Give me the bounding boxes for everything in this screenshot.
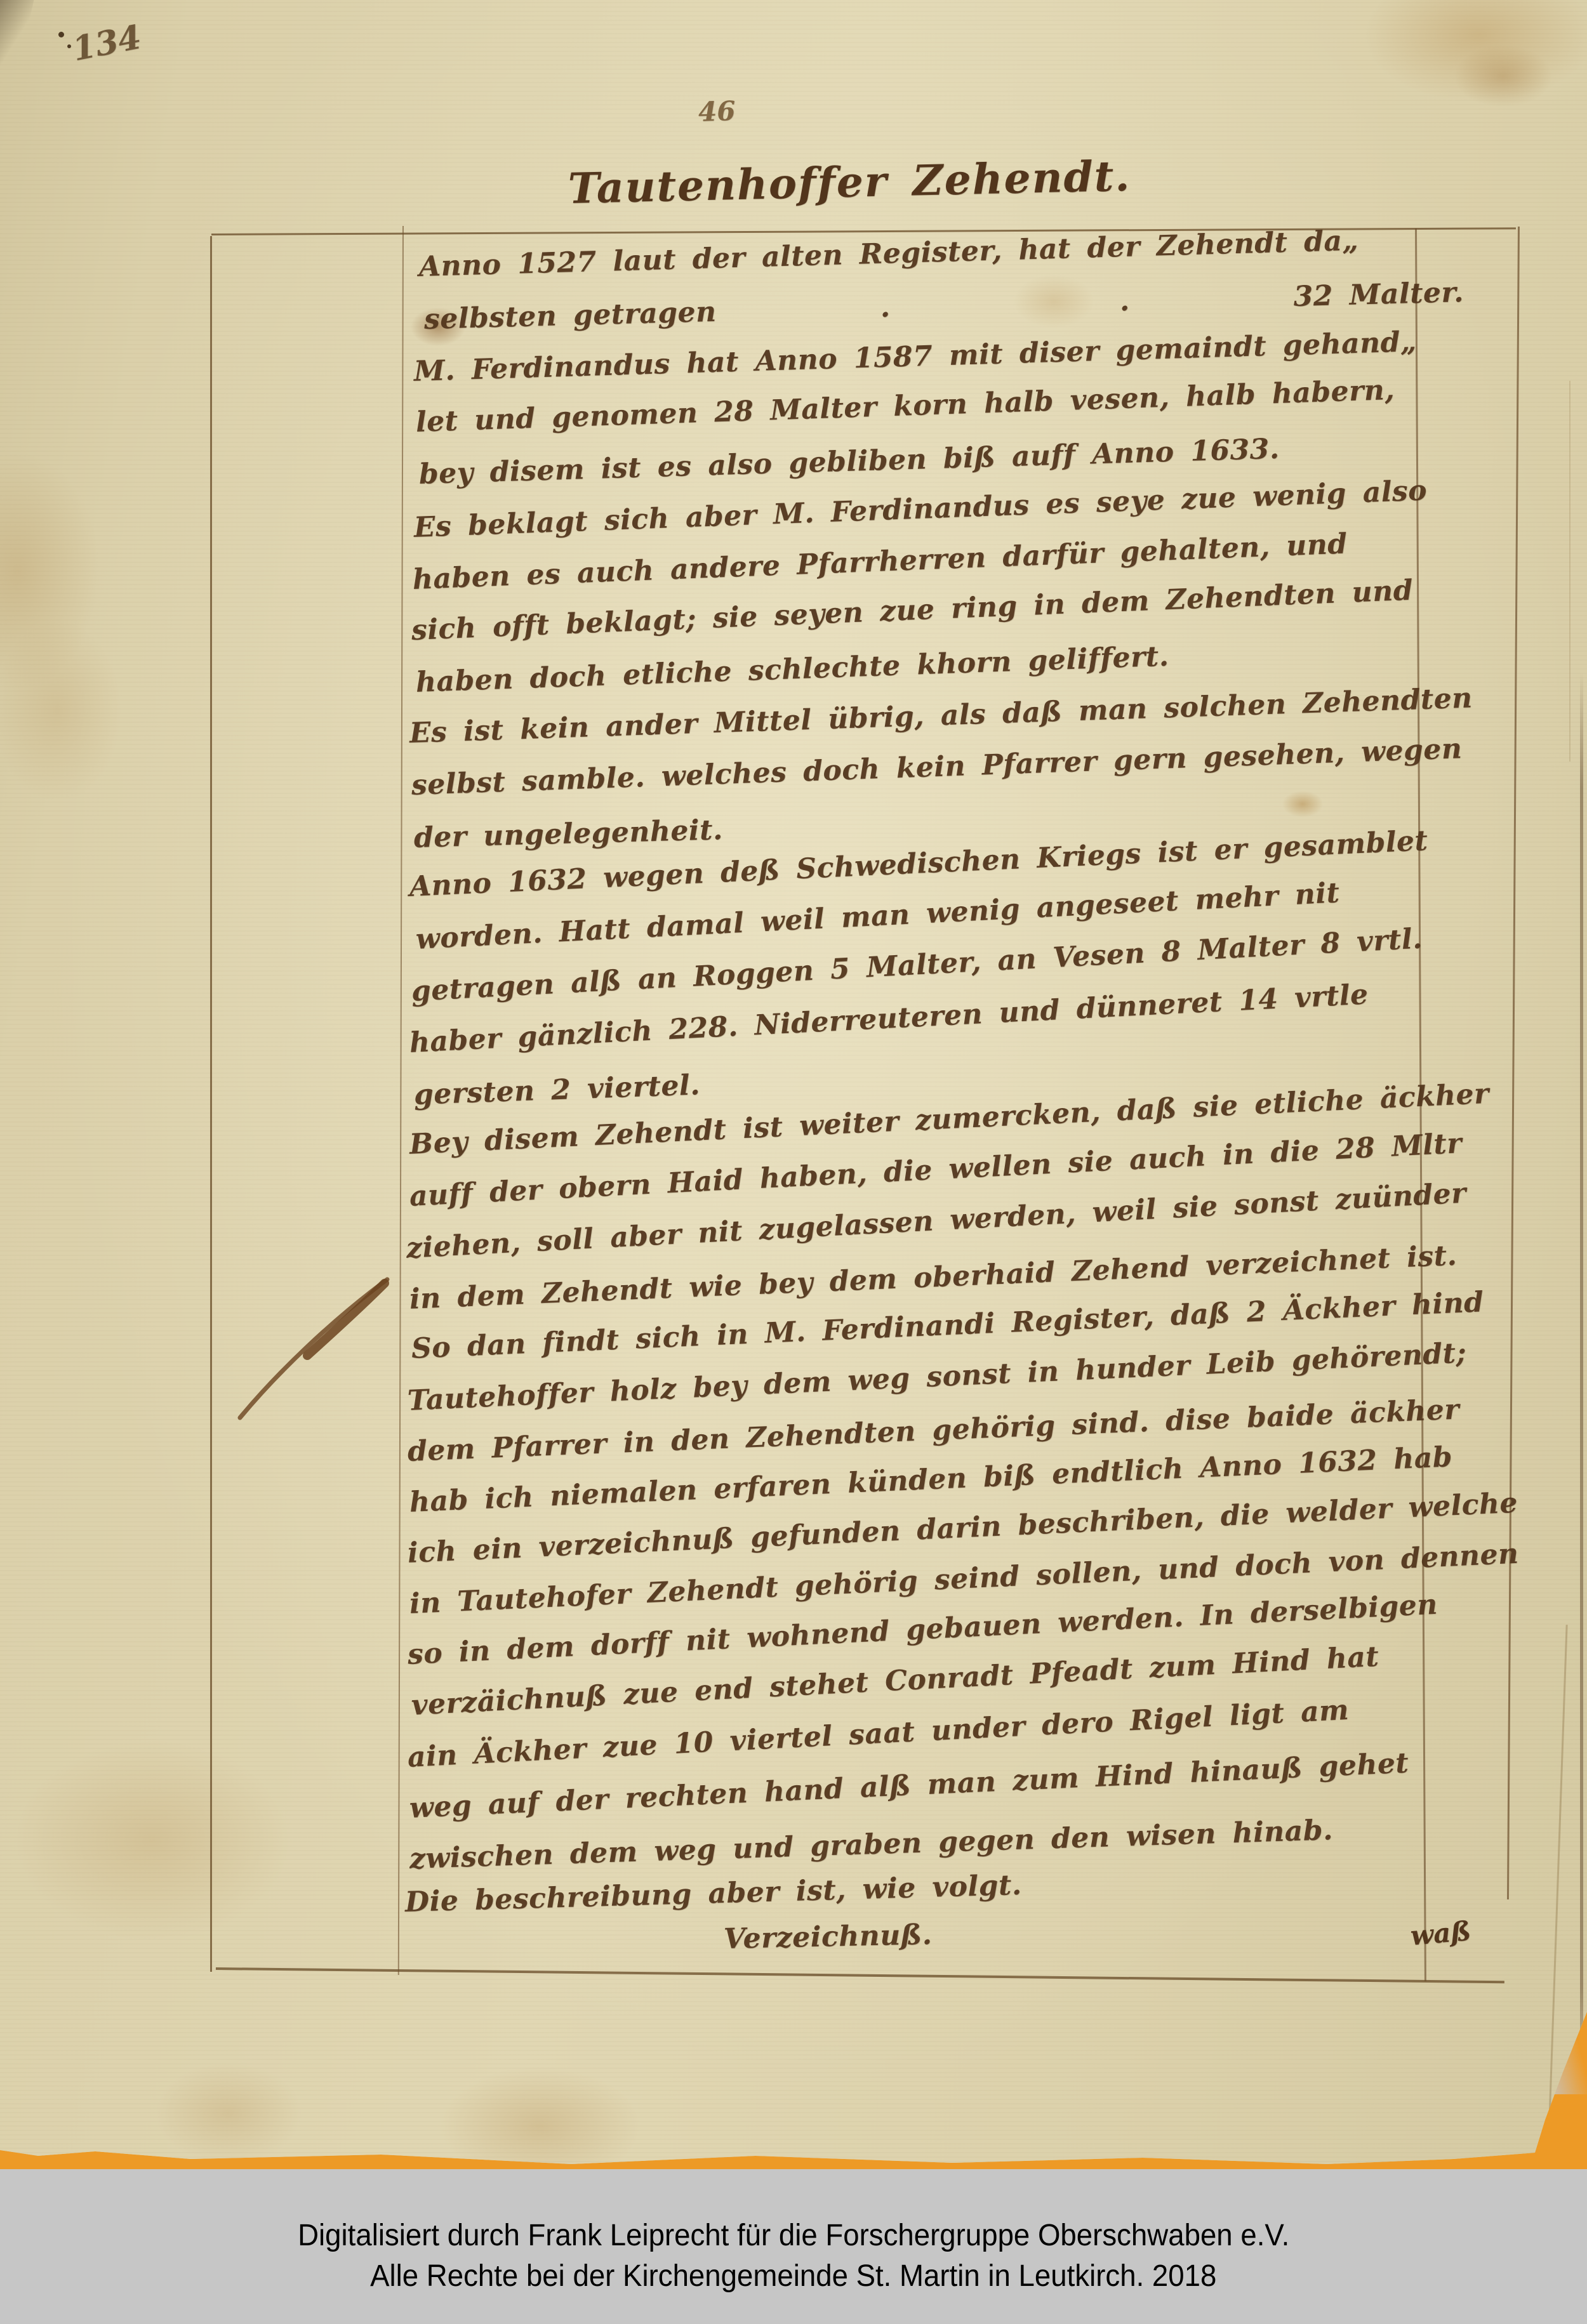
- frame-rule-left-outer: [210, 236, 212, 1972]
- frame-rule-bottom: [216, 1967, 1504, 1983]
- catchword: waß: [1409, 1915, 1472, 1951]
- manuscript-line: Die beschreibung aber ist, wie volgt.: [404, 1869, 1022, 1918]
- page-title: Tautenhoffer Zehendt.: [568, 151, 1131, 213]
- frame-rule-left-inner: [398, 226, 404, 1975]
- caption-line-2: Alle Rechte bei der Kirchengemeinde St. …: [370, 2259, 1216, 2294]
- folio-number: 134: [69, 18, 144, 69]
- ink-slash-mark: [232, 1271, 397, 1425]
- manuscript-line: haben doch etliche schlechte khorn gelif…: [415, 640, 1169, 699]
- ink-speck: [58, 32, 64, 37]
- manuscript-scan: 134 46 Tautenhoffer Zehendt. waß Anno 15…: [0, 0, 1587, 2324]
- ink-speck: [67, 44, 71, 48]
- page-number: 46: [698, 95, 736, 128]
- manuscript-line: let und genomen 28 Malter korn halb vese…: [415, 374, 1395, 439]
- manuscript-line: selbsten getragen . . 32 Malter.: [423, 276, 1464, 336]
- manuscript-line: zwischen dem weg und graben gegen den wi…: [409, 1814, 1333, 1875]
- digitization-caption-band: Digitalisiert durch Frank Leiprecht für …: [0, 2169, 1587, 2324]
- manuscript-page: 134 46 Tautenhoffer Zehendt. waß Anno 15…: [0, 0, 1587, 2167]
- page-corner-curl: [0, 0, 37, 76]
- page-edge-crease: [1569, 381, 1570, 762]
- caption-line-1: Digitalisiert durch Frank Leiprecht für …: [298, 2218, 1289, 2254]
- frame-rule-right-outer: [1507, 227, 1520, 1899]
- manuscript-line: der ungelegenheit.: [413, 814, 723, 854]
- page-edge-shadow: [1580, 673, 1583, 2101]
- manuscript-line: bey disem ist es also gebliben biß auff …: [418, 433, 1280, 491]
- manuscript-subheading: Verzeichnuß.: [723, 1918, 932, 1955]
- manuscript-line: gersten 2 viertel.: [413, 1069, 701, 1111]
